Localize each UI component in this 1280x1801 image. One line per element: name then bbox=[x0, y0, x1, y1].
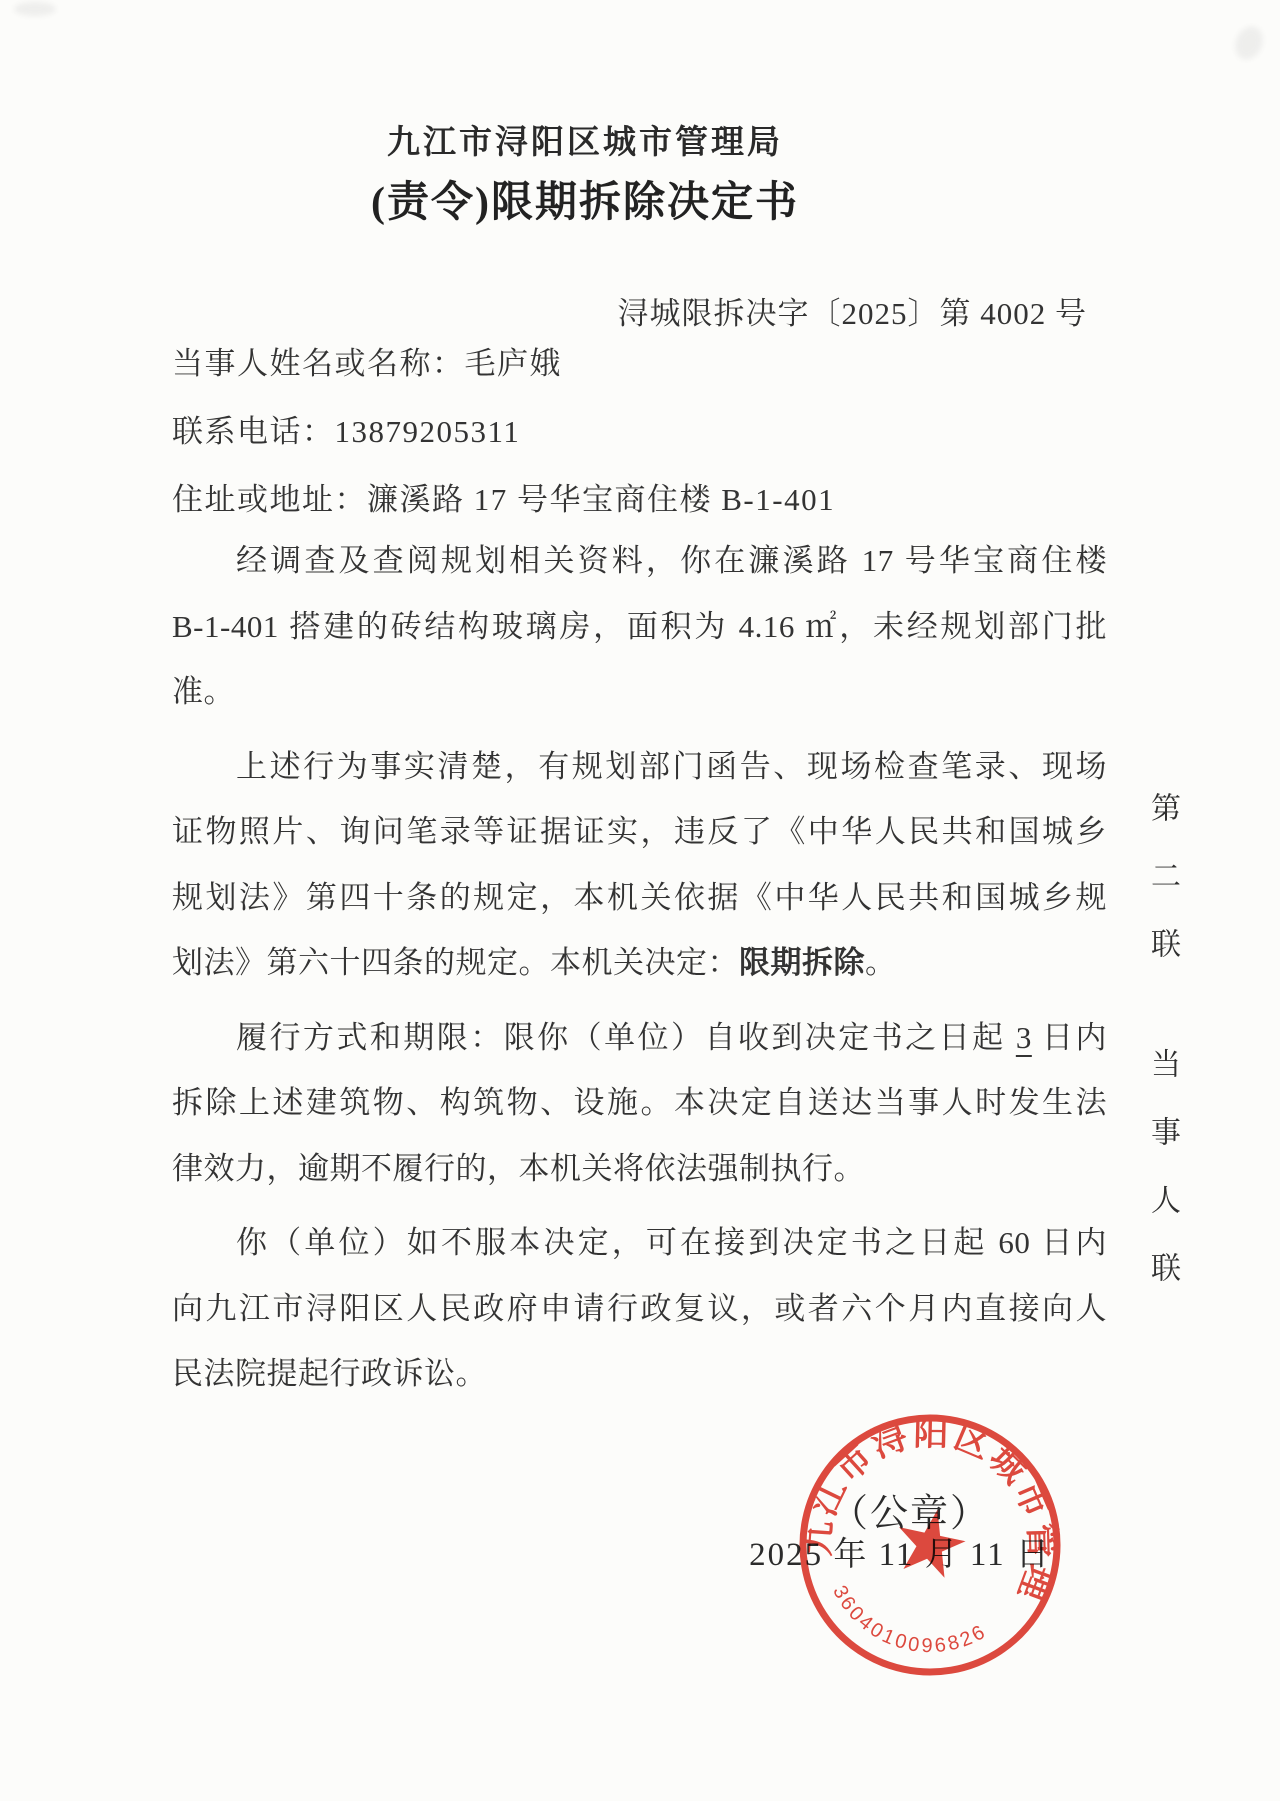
text-run: B-1-401 搭建的砖结构玻璃房，面积为 4.16 ㎡，未经规划部门批 bbox=[172, 609, 1107, 644]
copy-label-vertical: 第二联 bbox=[1140, 792, 1184, 996]
info-line: 联系电话：13879205311 bbox=[172, 398, 1107, 466]
text-run: 日内 bbox=[1032, 1020, 1107, 1055]
text-run: 经调查及查阅规划相关资料，你在濂溪路 17 号华宝商住楼 bbox=[236, 543, 1107, 578]
info-line: 当事人姓名或名称：毛庐娥 bbox=[172, 330, 1107, 398]
body-line: 经调查及查阅规划相关资料，你在濂溪路 17 号华宝商住楼 bbox=[172, 528, 1107, 594]
decision-keyword: 限期拆除 bbox=[739, 945, 865, 980]
body-line: 律效力，逾期不履行的，本机关将依法强制执行。 bbox=[172, 1136, 1107, 1202]
text-run: 准。 bbox=[172, 674, 235, 709]
document-number: 浔城限拆决字〔2025〕第 4002 号 bbox=[618, 288, 1088, 333]
text-run: 规划法》第四十条的规定，本机关依据《中华人民共和国城乡规 bbox=[172, 880, 1107, 915]
text-run: 上述行为事实清楚，有规划部门函告、现场检查笔录、现场 bbox=[236, 749, 1107, 784]
body-line: 准。 bbox=[172, 659, 1107, 725]
seal-org-name: 九江市浔阳区城市管理局 bbox=[765, 1380, 1095, 1609]
copy-holder-label-vertical: 当事人联 bbox=[1140, 1048, 1184, 1320]
text-run: 你（单位）如不服本决定，可在接到决定书之日起 60 日内 bbox=[236, 1225, 1107, 1260]
document-body: 经调查及查阅规划相关资料，你在濂溪路 17 号华宝商住楼B-1-401 搭建的砖… bbox=[172, 528, 1107, 1407]
scan-artifact bbox=[14, 2, 56, 16]
body-line: 划法》第六十四条的规定。本机关决定：限期拆除。 bbox=[172, 930, 1107, 996]
party-info-lines: 当事人姓名或名称：毛庐娥联系电话：13879205311住址或地址：濂溪路 17… bbox=[172, 330, 1107, 534]
scan-artifact bbox=[1230, 22, 1268, 64]
document-title: (责令)限期拆除决定书 bbox=[0, 169, 1170, 229]
body-line: 证物照片、询问笔录等证据证实，违反了《中华人民共和国城乡 bbox=[172, 799, 1107, 865]
official-seal-stamp: 九江市浔阳区城市管理局 3604010096826 bbox=[765, 1380, 1095, 1710]
body-line: 履行方式和期限：限你（单位）自收到决定书之日起 3 日内 bbox=[172, 1005, 1107, 1071]
document-header: 九江市浔阳区城市管理局 (责令)限期拆除决定书 bbox=[0, 116, 1170, 229]
text-run: 拆除上述建筑物、构筑物、设施。本决定自送达当事人时发生法 bbox=[172, 1085, 1107, 1120]
body-line: 你（单位）如不服本决定，可在接到决定书之日起 60 日内 bbox=[172, 1210, 1107, 1276]
text-run: 。 bbox=[865, 945, 897, 980]
body-line: 规划法》第四十条的规定，本机关依据《中华人民共和国城乡规 bbox=[172, 865, 1107, 931]
issuing-authority-title: 九江市浔阳区城市管理局 bbox=[0, 116, 1170, 163]
seal-code-number: 3604010096826 bbox=[819, 1579, 997, 1672]
text-run: 民法院提起行政诉讼。 bbox=[172, 1356, 487, 1391]
scanned-document-page: 九江市浔阳区城市管理局 (责令)限期拆除决定书 浔城限拆决字〔2025〕第 40… bbox=[0, 0, 1280, 1801]
text-run: 履行方式和期限：限你（单位）自收到决定书之日起 bbox=[236, 1020, 1016, 1055]
text-run: 证物照片、询问笔录等证据证实，违反了《中华人民共和国城乡 bbox=[172, 814, 1107, 849]
body-line: B-1-401 搭建的砖结构玻璃房，面积为 4.16 ㎡，未经规划部门批 bbox=[172, 594, 1107, 660]
deadline-days: 3 bbox=[1016, 1020, 1032, 1055]
body-line: 向九江市浔阳区人民政府申请行政复议，或者六个月内直接向人 bbox=[172, 1276, 1107, 1342]
info-line: 住址或地址：濂溪路 17 号华宝商住楼 B-1-401 bbox=[172, 466, 1107, 534]
seal-star-icon bbox=[891, 1503, 971, 1581]
text-run: 划法》第六十四条的规定。本机关决定： bbox=[172, 945, 739, 980]
body-line: 上述行为事实清楚，有规划部门函告、现场检查笔录、现场 bbox=[172, 734, 1107, 800]
seal-group: 九江市浔阳区城市管理局 3604010096826 bbox=[765, 1380, 1095, 1697]
body-line: 拆除上述建筑物、构筑物、设施。本决定自送达当事人时发生法 bbox=[172, 1070, 1107, 1136]
text-run: 向九江市浔阳区人民政府申请行政复议，或者六个月内直接向人 bbox=[172, 1291, 1107, 1326]
text-run: 律效力，逾期不履行的，本机关将依法强制执行。 bbox=[172, 1151, 865, 1186]
